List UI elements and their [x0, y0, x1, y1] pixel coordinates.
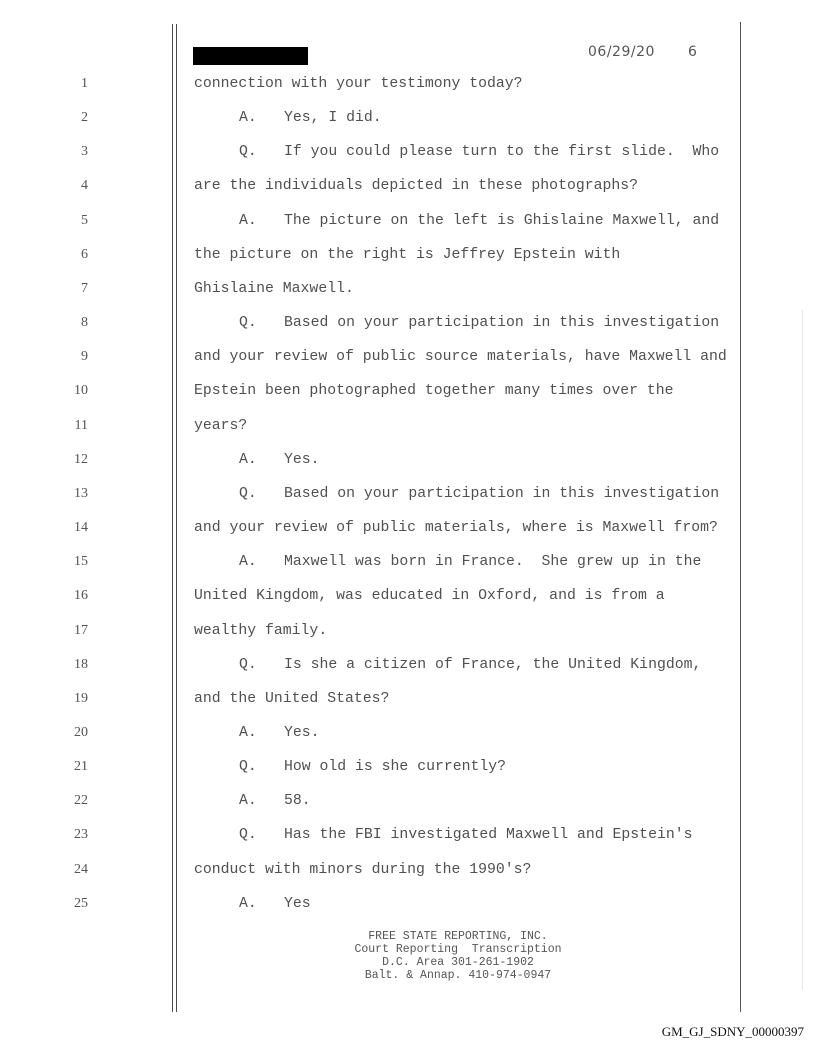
line-number: 2: [58, 108, 88, 128]
line-text: United Kingdom, was educated in Oxford, …: [194, 586, 665, 606]
speaker-label: Q.: [239, 757, 284, 777]
line-text: A.Maxwell was born in France. She grew u…: [239, 552, 701, 572]
line-content: Yes.: [284, 452, 320, 468]
header-date: 06/29/20: [588, 44, 655, 60]
transcript-line: 17wealthy family.: [0, 621, 740, 655]
line-content: Is she a citizen of France, the United K…: [284, 657, 701, 673]
speaker-label: A.: [239, 894, 284, 914]
footer-company: FREE STATE REPORTING, INC.: [176, 930, 740, 943]
line-text: connection with your testimony today?: [194, 74, 523, 94]
line-content: Yes: [284, 896, 311, 912]
line-text: Q.If you could please turn to the first …: [239, 142, 719, 162]
line-number: 4: [58, 176, 88, 196]
line-number: 17: [58, 621, 88, 641]
speaker-label: A.: [239, 723, 284, 743]
transcript-line: 20A.Yes.: [0, 723, 740, 757]
transcript-line: 13Q.Based on your participation in this …: [0, 484, 740, 518]
speaker-label: A.: [239, 450, 284, 470]
line-text: Q.How old is she currently?: [239, 757, 506, 777]
line-content: and your review of public source materia…: [194, 349, 727, 365]
transcript-line: 15A.Maxwell was born in France. She grew…: [0, 552, 740, 586]
right-margin-rule: [740, 22, 741, 1012]
line-content: are the individuals depicted in these ph…: [194, 178, 638, 194]
line-text: Ghislaine Maxwell.: [194, 279, 354, 299]
line-number: 1: [58, 74, 88, 94]
line-content: Ghislaine Maxwell.: [194, 281, 354, 297]
line-number: 25: [58, 894, 88, 914]
speaker-label: Q.: [239, 484, 284, 504]
reporter-footer: FREE STATE REPORTING, INC. Court Reporti…: [176, 930, 740, 982]
speaker-label: Q.: [239, 313, 284, 333]
line-content: Yes.: [284, 725, 320, 741]
line-content: 58.: [284, 793, 311, 809]
line-text: Epstein been photographed together many …: [194, 381, 674, 401]
transcript-line: 23Q.Has the FBI investigated Maxwell and…: [0, 825, 740, 859]
speaker-label: A.: [239, 211, 284, 231]
line-text: A.Yes: [239, 894, 311, 914]
bates-number: GM_GJ_SDNY_00000397: [662, 1024, 804, 1040]
line-number: 3: [58, 142, 88, 162]
line-content: Has the FBI investigated Maxwell and Eps…: [284, 827, 692, 843]
line-text: are the individuals depicted in these ph…: [194, 176, 638, 196]
line-number: 14: [58, 518, 88, 538]
transcript-line: 11years?: [0, 416, 740, 450]
speaker-label: A.: [239, 552, 284, 572]
line-number: 8: [58, 313, 88, 333]
transcript-line: 14and your review of public materials, w…: [0, 518, 740, 552]
line-text: years?: [194, 416, 247, 436]
line-content: United Kingdom, was educated in Oxford, …: [194, 588, 665, 604]
transcript-line: 6the picture on the right is Jeffrey Eps…: [0, 245, 740, 279]
line-content: Maxwell was born in France. She grew up …: [284, 554, 701, 570]
transcript-line: 10Epstein been photographed together man…: [0, 381, 740, 415]
line-number: 21: [58, 757, 88, 777]
header-page-number: 6: [688, 44, 697, 60]
line-content: If you could please turn to the first sl…: [284, 144, 719, 160]
line-number: 9: [58, 347, 88, 367]
line-text: conduct with minors during the 1990's?: [194, 860, 531, 880]
transcript-line: 1connection with your testimony today?: [0, 74, 740, 108]
line-text: Q.Has the FBI investigated Maxwell and E…: [239, 825, 692, 845]
speaker-label: Q.: [239, 655, 284, 675]
line-number: 23: [58, 825, 88, 845]
line-text: A.Yes.: [239, 723, 320, 743]
speaker-label: A.: [239, 791, 284, 811]
scan-artifact-line: [802, 310, 803, 990]
line-content: Based on your participation in this inve…: [284, 315, 719, 331]
line-content: connection with your testimony today?: [194, 76, 523, 92]
line-text: the picture on the right is Jeffrey Epst…: [194, 245, 620, 265]
speaker-label: Q.: [239, 825, 284, 845]
line-number: 12: [58, 450, 88, 470]
transcript-line: 22A.58.: [0, 791, 740, 825]
line-content: Yes, I did.: [284, 110, 382, 126]
transcript-line: 3Q.If you could please turn to the first…: [0, 142, 740, 176]
line-content: How old is she currently?: [284, 759, 506, 775]
line-number: 24: [58, 860, 88, 880]
line-text: wealthy family.: [194, 621, 327, 641]
transcript-line: 4are the individuals depicted in these p…: [0, 176, 740, 210]
line-content: The picture on the left is Ghislaine Max…: [284, 213, 719, 229]
line-text: A.Yes, I did.: [239, 108, 382, 128]
line-number: 15: [58, 552, 88, 572]
transcript-line: 2A.Yes, I did.: [0, 108, 740, 142]
line-content: Based on your participation in this inve…: [284, 486, 719, 502]
transcript-line: 25A.Yes: [0, 894, 740, 928]
line-content: the picture on the right is Jeffrey Epst…: [194, 247, 620, 263]
line-number: 18: [58, 655, 88, 675]
redaction-box: [193, 47, 308, 65]
line-content: conduct with minors during the 1990's?: [194, 862, 531, 878]
line-number: 16: [58, 586, 88, 606]
footer-dc-phone: D.C. Area 301-261-1902: [176, 956, 740, 969]
line-number: 19: [58, 689, 88, 709]
transcript-line: 7Ghislaine Maxwell.: [0, 279, 740, 313]
line-text: Q.Is she a citizen of France, the United…: [239, 655, 701, 675]
line-text: Q.Based on your participation in this in…: [239, 313, 719, 333]
line-number: 11: [58, 416, 88, 436]
line-number: 13: [58, 484, 88, 504]
line-content: wealthy family.: [194, 623, 327, 639]
line-number: 5: [58, 211, 88, 231]
line-content: and your review of public materials, whe…: [194, 520, 718, 536]
line-number: 20: [58, 723, 88, 743]
line-text: A.Yes.: [239, 450, 320, 470]
speaker-label: A.: [239, 108, 284, 128]
footer-balt-phone: Balt. & Annap. 410-974-0947: [176, 969, 740, 982]
transcript-line: 18Q.Is she a citizen of France, the Unit…: [0, 655, 740, 689]
line-text: and your review of public materials, whe…: [194, 518, 718, 538]
line-number: 10: [58, 381, 88, 401]
footer-services: Court Reporting Transcription: [176, 943, 740, 956]
transcript-line: 9and your review of public source materi…: [0, 347, 740, 381]
line-number: 22: [58, 791, 88, 811]
line-content: and the United States?: [194, 691, 389, 707]
line-content: years?: [194, 418, 247, 434]
line-text: A.The picture on the left is Ghislaine M…: [239, 211, 719, 231]
transcript-line: 16United Kingdom, was educated in Oxford…: [0, 586, 740, 620]
line-number: 6: [58, 245, 88, 265]
transcript-line: 5A.The picture on the left is Ghislaine …: [0, 211, 740, 245]
line-text: Q.Based on your participation in this in…: [239, 484, 719, 504]
line-text: A.58.: [239, 791, 311, 811]
line-content: Epstein been photographed together many …: [194, 383, 674, 399]
line-text: and the United States?: [194, 689, 389, 709]
transcript-line: 8Q.Based on your participation in this i…: [0, 313, 740, 347]
transcript-line: 24conduct with minors during the 1990's?: [0, 860, 740, 894]
transcript-line: 21Q.How old is she currently?: [0, 757, 740, 791]
transcript-line: 12A.Yes.: [0, 450, 740, 484]
line-number: 7: [58, 279, 88, 299]
speaker-label: Q.: [239, 142, 284, 162]
transcript-line: 19and the United States?: [0, 689, 740, 723]
line-text: and your review of public source materia…: [194, 347, 727, 367]
transcript-body: 1connection with your testimony today?2A…: [0, 74, 740, 928]
